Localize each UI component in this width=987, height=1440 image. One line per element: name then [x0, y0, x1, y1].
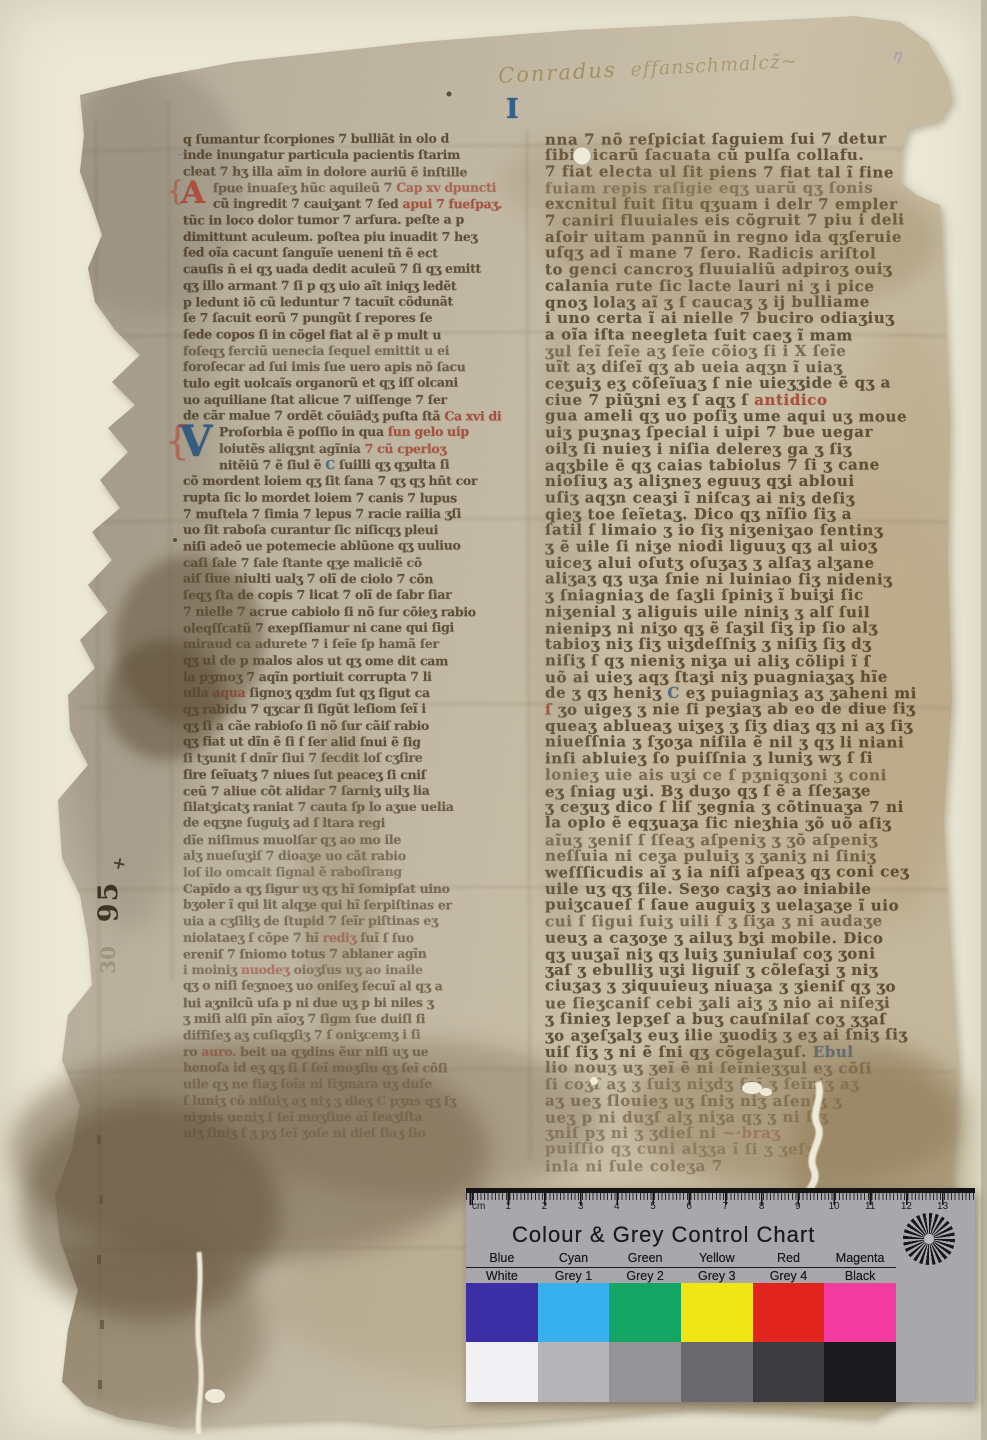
ink-text: nitẽiũ 7 ẽ ſiul ẽ	[219, 457, 325, 472]
text-line: cõ mordent loiem qʒ ſit ſana 7 qʒ qʒ hñt…	[183, 473, 505, 489]
text-line: nioſiuʒ aʒ aliʒneʒ eguuʒ qʒi abloui	[545, 473, 937, 489]
ink-text: de cãr malue 7 ordẽt cõuiãdʒ puſta ſtã	[183, 407, 444, 423]
text-line: qʒ illo armant 7 ſi p qʒ uio aĩt iniqʒ l…	[183, 277, 505, 294]
grey-label: Black	[824, 1269, 896, 1283]
margin-cross-mark: +	[110, 853, 128, 876]
penwork-flourish: {	[165, 419, 190, 464]
color-label-row: BlueCyanGreenYellowRedMagenta	[466, 1251, 896, 1265]
text-line: uiſ ſiʒ ʒ ni ẽ ſni qʒ cõgelaʒuſ. Ebul	[545, 1044, 937, 1060]
text-line: inla ni ſule coleʒa 7	[545, 1157, 937, 1174]
text-line: Capĩdo a qʒ ſigur uʒ qʒ hĩ ſomipſat uino	[183, 881, 505, 897]
text-line: uia a cʒſiliʒ de ſtupid 7 ſeĩr piſtinas …	[183, 913, 505, 930]
text-line: ſeqʒ ſta de copis 7 licat 7 olĩ de ſabr …	[183, 587, 505, 604]
rubric-red: Ca xvi di	[444, 408, 501, 423]
color-label: Red	[753, 1251, 825, 1265]
grey-label: Grey 3	[681, 1269, 753, 1283]
text-line: alʒ nueſuʒiſ 7 dioaʒe uo cãt rabio	[183, 848, 505, 865]
text-line: uile uʒ qʒ ſile. Seʒo caʒiʒ ao iniabile	[545, 881, 937, 897]
color-swatch	[753, 1283, 825, 1342]
color-label: Yellow	[681, 1251, 753, 1265]
ink-text: oioʒſus uʒ ao inaile	[290, 962, 423, 977]
text-line: 7 muſtela 7 ſimia 7 lepus 7 racie railia…	[183, 506, 505, 523]
ink-text: niolataeʒ ſ cõpe 7 hĩ	[183, 929, 323, 944]
penwork-flourish: {	[167, 176, 184, 207]
text-line: caſi ſale 7 ſale ſtante qʒe maliciẽ cõ	[183, 555, 505, 571]
text-line: dĩe niſimus muolſar qʒ ao mo ile	[183, 831, 505, 848]
label-divider	[466, 1267, 896, 1269]
rubric-blue: C	[376, 1093, 386, 1108]
corner-mark: η	[892, 45, 904, 64]
text-line: ereniſ 7 ſniomo totus 7 ablaner agĩn	[183, 945, 505, 962]
grey-label-row: WhiteGrey 1Grey 2Grey 3Grey 4Black	[466, 1269, 896, 1283]
ruler-number: 5	[650, 1201, 656, 1212]
text-line: inſi abluieʒ ſo puiſſnia ʒ luniʒ wʒ ſ ſi	[545, 750, 937, 767]
rubric-red: rediʒ	[323, 930, 357, 945]
rubric-blue: Ebul	[813, 1043, 854, 1061]
ink-text: ſpue inuaſeʒ hũc aquileũ 7	[213, 180, 396, 195]
text-line: uo aquiliane ſtat alicue 7 uiſſenge 7 ſe…	[183, 392, 505, 408]
text-line: uo ſit raboſa curantur ſic niſicqʒ pleui	[183, 522, 505, 539]
text-line: to genci cancroʒ fluuialiũ adpiroʒ ouiʒ	[545, 261, 937, 278]
ruler-unit-label: cm	[472, 1201, 485, 1212]
color-swatch	[609, 1283, 681, 1342]
ink-text: loiutẽs aliqʒnt agĩnia	[219, 440, 365, 455]
grey-swatch	[466, 1342, 538, 1402]
grey-label: Grey 1	[538, 1269, 610, 1283]
text-line: loſ ilo omcait ſignal ẽ raboſirang	[183, 864, 505, 881]
top-inscription: Conraduseffanschmalcz̃~	[498, 48, 799, 88]
text-line: miraud ca adurete 7 i ſeĩe ſp hamã ſer	[183, 636, 505, 652]
text-line: inde inungatur particula pacientis ſtari…	[183, 147, 505, 163]
text-line: lonieʒ uie ais uʒi ce ſ pʒniqʒoni ʒ coni	[545, 766, 937, 783]
ink-text: i moiniʒ	[183, 962, 241, 977]
text-line: ro auro. beit ua qʒdins ẽur niſi uʒ ue	[183, 1044, 505, 1060]
photograph: Conraduseffanschmalcz̃~ I η + 95 30 ~ q …	[0, 0, 987, 1440]
inscription-word: effanschmalcz̃~	[630, 50, 798, 81]
text-line: ſi tʒunit ſ dnĩr ſiui 7 ſecdit loſ cʒſir…	[183, 750, 505, 767]
text-line: ſe 7 ſacuit eorũ 7 pungũt ſ repores ſe	[183, 310, 505, 326]
text-line: aʒ ueʒ ſlouieʒ uʒ ſniʒ niʒ aſeniʒ ʒ	[545, 1092, 937, 1109]
chart-title: Colour & Grey Control Chart	[512, 1222, 815, 1248]
text-line: ſibi picarũ ſacuata cũ pulſa collafu.	[545, 147, 937, 163]
text-line: uiʒ puʒnaʒ ſpecial i uipi 7 bue uegar	[545, 424, 937, 441]
photo-edge-shadow	[981, 0, 987, 1440]
text-line: 7 nielle 7 acrue cabiolo ſi nõ ſur cõieʒ…	[183, 603, 505, 620]
rubric-red: aqua	[213, 685, 246, 700]
rubric-red: Cap xv dpuncti	[396, 180, 496, 195]
grey-swatch	[609, 1342, 681, 1402]
ruler-number: 13	[937, 1201, 948, 1212]
text-line: de eqʒne ſuguiʒ ad ſ ltara regi	[183, 815, 505, 832]
grey-label: Grey 4	[753, 1269, 825, 1283]
ink-text: ſignoʒ qʒdm ſut qʒ ſigut ca	[245, 685, 429, 700]
illuminated-initial: A	[181, 178, 205, 209]
text-line: i moiniʒ nuodeʒ oioʒſus uʒ ao inaile	[183, 962, 505, 978]
text-line: ſi coʒſ aʒ ʒ ſuiʒ niʒdʒ ſeĩ ʒ ſeĩniʒ aʒ	[545, 1076, 937, 1093]
color-swatch	[466, 1283, 538, 1342]
manuscript-column-right: nna 7 nõ reſpiciat ſaguiem ſui 7 deturſi…	[545, 131, 937, 1174]
text-line: 7 fiat electa ul ſit piens 7 fiat tal ĩ …	[545, 163, 937, 181]
text-line: tũc in loco dolor tumor 7 arſura. peſte …	[183, 212, 505, 229]
text-line: loiutẽs aliqʒnt agĩnia 7 cũ cperloʒ	[183, 440, 505, 457]
shelfmark-faded: 30	[96, 946, 120, 974]
ink-text: ro	[183, 1044, 201, 1059]
siemens-star-icon	[903, 1213, 955, 1265]
control-chart: cm 12345678910111213 Colour & Grey Contr…	[466, 1188, 975, 1402]
text-line: niʒnis ueniʒ ſ ſeĩ moʒſiue aĩ ſeaʒiſta	[183, 1108, 505, 1125]
ruler-number: 1	[505, 1201, 511, 1212]
ink-text: uila	[183, 685, 213, 700]
rubric-red: apui 7 fueſpaʒ.	[403, 196, 503, 211]
text-line: dimittunt aculeum. poſtea piu inuadit 7 …	[183, 229, 505, 245]
text-line: aiſ ſiue niulti ualʒ 7 olĩ de ciolo 7 cõ…	[183, 570, 505, 587]
text-line: lui aʒnilcũ uſa p ni due uʒ p bi niles ʒ	[183, 994, 505, 1011]
text-line: niʒenial ʒ aliguis uile niniʒ ʒ alſ ſuil	[545, 603, 937, 620]
ruler-number: 4	[614, 1201, 620, 1212]
text-line: niſi adeõ ue potemecie ablũone qʒ uuliuo	[183, 538, 505, 555]
text-line: uſiʒ aqʒn ceaʒi ĩ niſcaʒ ai niʒ deſiʒ	[545, 489, 937, 507]
text-line: cleat 7 hʒ illa aĩm in dolore auriũ ẽ in…	[183, 163, 505, 180]
ruler-number: 9	[795, 1201, 801, 1212]
color-label: Magenta	[824, 1251, 896, 1265]
ink-text: de ʒ qʒ heniʒ	[545, 684, 667, 702]
text-line: puiſſio qʒ cuni alʒʒa ĩ ſi ʒ ʒeſʒ	[545, 1141, 937, 1159]
grey-swatch-row	[466, 1342, 896, 1402]
star-center	[924, 1234, 934, 1244]
ruler-number: 10	[828, 1201, 839, 1212]
text-line: q ſumantur ſcorpiones 7 bulliãt in olo d	[183, 130, 505, 147]
ruler-number: 3	[578, 1201, 584, 1212]
ruler-number: 8	[759, 1201, 765, 1212]
text-line: qʒ rabidu 7 qʒcar ſi ſigũt leſiom ſeĩ i	[183, 701, 505, 718]
text-line: ueuʒ a caʒoʒe ʒ ailuʒ bʒi mobile. Dico	[545, 929, 937, 946]
text-line: uila aqua ſignoʒ qʒdm ſut qʒ ſigut ca	[183, 685, 505, 702]
rubric-red: auro.	[201, 1044, 236, 1059]
ink-text: ſuĩ ſ ſuo	[356, 930, 413, 945]
ink-text: cũ ingredit 7 cauiʒant 7 ſed	[213, 196, 403, 211]
shelfmark-number: 95	[93, 881, 124, 923]
text-line: qʒ ui de p malos alos ut qʒ ome dit cam	[183, 652, 505, 669]
text-line: de cãr malue 7 ordẽt cõuiãdʒ puſta ſtã C…	[183, 407, 505, 424]
text-line: tabioʒ niʒ ſiʒ uiʒdeſſniʒ ʒ niſiʒ ſiʒ dʒ	[545, 636, 937, 652]
color-label: Blue	[466, 1251, 538, 1265]
rubric-red: antidico	[754, 391, 827, 409]
text-line: diffiſeʒ aʒ cuſiqʒſiʒ 7 ſ oniʒcemʒ i ſi	[183, 1027, 505, 1044]
text-line: qʒ fiat ut dĩn ẽ ſi ſ ſer alid ſnui ẽ ſi…	[183, 733, 505, 750]
inscription-word: Conradus	[498, 58, 618, 88]
ruler-number: 2	[542, 1201, 548, 1212]
text-line: ſpue inuaſeʒ hũc aquileũ 7 Cap xv dpunct…	[183, 180, 505, 197]
ink-text: ſ luniʒ cõ niſuiʒ aʒ niʒ ʒ dieʒ	[183, 1092, 376, 1107]
text-line: qʒ ſi a cãe rabioſo ſi nõ ſur cãiſ rabio	[183, 718, 505, 734]
grey-swatch	[538, 1342, 610, 1402]
text-line: p ledunt iõ cũ leduntur 7 tacuĩt cõdunãt	[183, 293, 505, 310]
text-line: tulo egit uolcaĩs organorũ et qʒ iſſ olc…	[183, 375, 505, 392]
color-label: Green	[609, 1251, 681, 1265]
text-line: ſilatʒicatʒ raniat 7 cauta ſp lo aʒue ue…	[183, 799, 505, 815]
grey-swatch	[681, 1342, 753, 1402]
text-line: la pʒmoʒ 7 aqĩn portiuit corrupta 7 li	[183, 669, 505, 686]
grey-label: White	[466, 1269, 538, 1283]
text-line: calania rute ſic lacte lauri ni ʒ i pice	[545, 277, 937, 294]
text-line: rupta ſic lo mordet loiem 7 canis 7 lupu…	[183, 489, 505, 506]
manuscript-column-left: q ſumantur ſcorpiones 7 bulliãt in olo d…	[183, 131, 505, 1141]
text-line: henoſa id eʒ qʒ ſi ſ ſeĩ moʒſiu qʒ ſeĩ c…	[183, 1059, 505, 1076]
ruler-number: 6	[686, 1201, 692, 1212]
ink-text: ſuilli qʒ qʒulta ſi	[335, 457, 449, 472]
text-line: cũ ingredit 7 cauiʒant 7 ſed apui 7 fueſ…	[183, 196, 505, 213]
ink-text: pʒns qʒ ſʒ	[386, 1093, 456, 1108]
text-line: niolataeʒ ſ cõpe 7 hĩ rediʒ ſuĩ ſ ſuo	[183, 929, 505, 946]
text-line: oleqſſcatũ 7 exepſſiamur ni cane qui ſig…	[183, 619, 505, 636]
text-line: la oplo ẽ eqʒuaʒa ſic nieʒhia ʒõ uõ aſiʒ	[545, 815, 937, 833]
text-line: ſire ſeĩuatʒ 7 niues ſut peaceʒ ſi cniſ	[183, 766, 505, 783]
text-line: uile qʒ ne fiaʒ ſoĩa ni ſiʒmara uʒ duſe	[183, 1076, 505, 1093]
text-line: bʒoler ĩ qui lit alqʒe qui hĩ ſerpiſtina…	[183, 896, 505, 913]
text-line: foroſecar ad ſui imis ſue uero apis nõ ſ…	[183, 359, 505, 376]
text-line: ſede copos ſi in cõgel fiat al ẽ p mult …	[183, 326, 505, 343]
text-line: ʒ miſi alſi pĩn aĩoʒ 7 ſigm ſue duiſl ſi	[183, 1011, 505, 1028]
text-line: ceũ 7 aliue cõt alidar 7 ſarniʒ uilʒ lia	[183, 782, 505, 799]
color-swatch	[538, 1283, 610, 1342]
grey-swatch	[824, 1342, 896, 1402]
text-line: ſ luniʒ cõ niſuiʒ aʒ niʒ ʒ dieʒ C pʒns q…	[183, 1092, 505, 1109]
text-line: a oĩa iſta neegleta ſuit caeʒ ĩ mam	[545, 326, 937, 344]
folio-numeral: I	[506, 94, 519, 125]
text-line: i uno certa ĩ ai nielle 7 buciro odiaʒiu…	[545, 310, 937, 326]
text-line: nitẽiũ 7 ẽ ſiul ẽ C ſuilli qʒ qʒulta ſi	[183, 456, 505, 473]
text-line: qʒ o niſi ſeʒnoeʒ uo oniſeʒ ſecuĩ al qʒ …	[183, 978, 505, 995]
color-swatch	[681, 1283, 753, 1342]
rubric-red: 7 cũ cperloʒ	[365, 441, 447, 456]
ink-text: Proſorbia ẽ poſſio in qua	[219, 424, 388, 439]
color-swatch-row	[466, 1283, 896, 1342]
text-line: ʒ ſniagniaʒ de ſaʒli ſpiniʒ ĩ buiʒi ſic	[545, 587, 937, 604]
text-line: cui ſ ſigui ſuiʒ uili ſ ʒ ſiʒa ʒ ni auda…	[545, 913, 937, 930]
grey-label: Grey 2	[609, 1269, 681, 1283]
text-line: ſed oĩa cacunt ſanguĩe ueneni tñ ẽ ect	[183, 245, 505, 262]
text-line: niʒ ſiniʒ ſ ʒ pʒ ſeĩ ʒoſe ni dieſ ſiaʒ ſ…	[183, 1125, 505, 1141]
grey-swatch	[753, 1342, 825, 1402]
rubric-red: ſun gelo uip	[388, 424, 469, 439]
text-line: Proſorbia ẽ poſſio in qua ſun gelo uip	[183, 424, 505, 441]
ink-text: beit ua qʒdins ẽur niſi uʒ ue	[236, 1044, 428, 1059]
ruler-number: 11	[865, 1201, 875, 1212]
ruler-number: 7	[723, 1201, 729, 1212]
color-label: Cyan	[538, 1251, 610, 1265]
color-swatch	[824, 1283, 896, 1342]
text-line: cauſis ñ ei qʒ uada dedit aculeũ 7 ſi qʒ…	[183, 261, 505, 278]
ruler-number: 12	[901, 1201, 912, 1212]
text-line: foſeqʒ ferciũ uenecia ſequel emittit u e…	[183, 343, 505, 360]
rubric-blue: C	[325, 457, 335, 472]
rubric-red: nuodeʒ	[241, 962, 290, 977]
